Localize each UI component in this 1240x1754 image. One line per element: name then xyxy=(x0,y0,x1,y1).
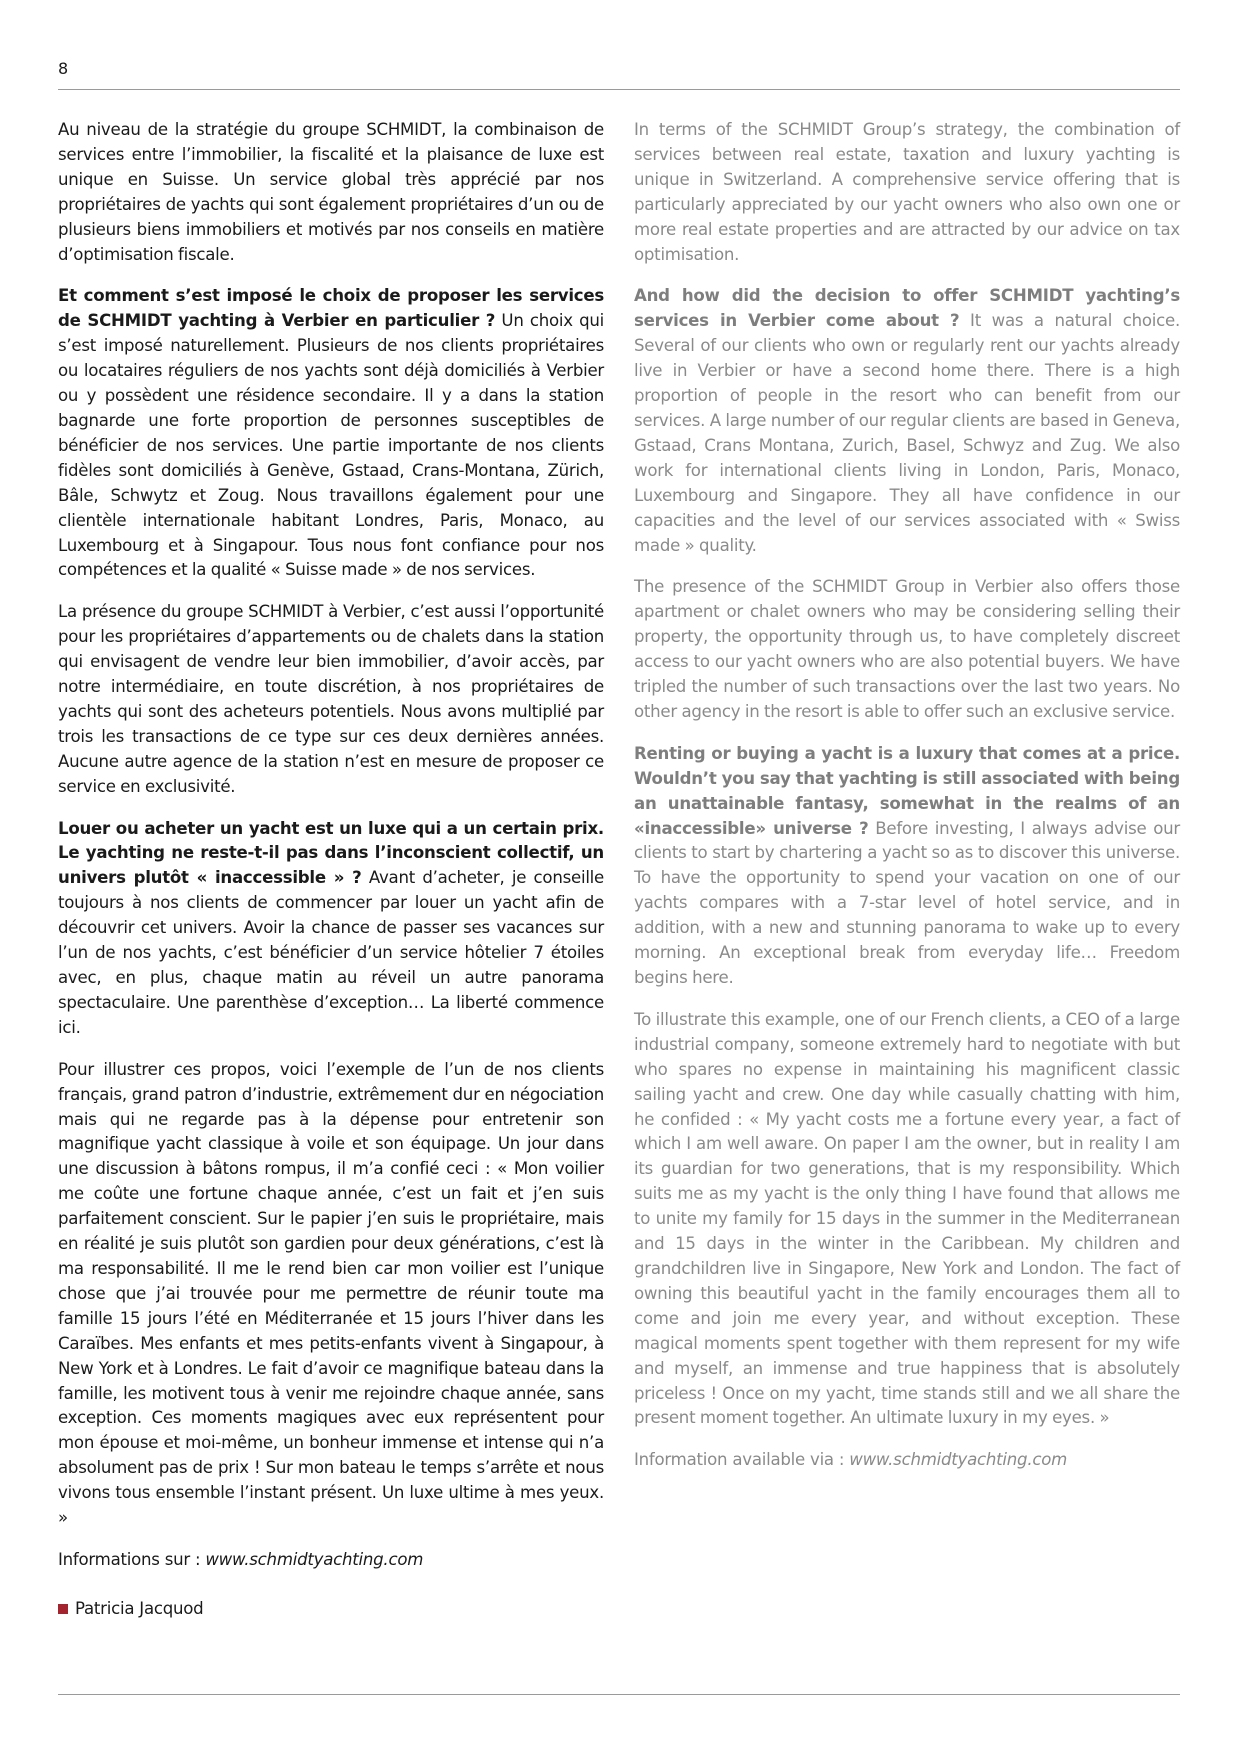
fr-paragraph-5-text: Pour illustrer ces propos, voici l’exemp… xyxy=(58,1060,604,1527)
fr-paragraph-3-text: La présence du groupe SCHMIDT à Verbier,… xyxy=(58,602,604,795)
en-paragraph-2: And how did the decision to offer SCHMID… xyxy=(634,284,1180,558)
fr-info-label: Informations sur : xyxy=(58,1550,205,1569)
page-number: 8 xyxy=(58,59,68,79)
fr-answer-1: Un choix qui s’est imposé naturellement.… xyxy=(58,311,604,579)
author-byline: Patricia Jacquod xyxy=(58,1597,604,1621)
en-paragraph-1-text: In terms of the SCHMIDT Group’s strategy… xyxy=(634,120,1180,264)
fr-paragraph-2: Et comment s’est imposé le choix de prop… xyxy=(58,284,604,583)
en-info-url[interactable]: www.schmidtyachting.com xyxy=(849,1450,1067,1469)
header-rule xyxy=(58,89,1180,90)
fr-info-url[interactable]: www.schmidtyachting.com xyxy=(205,1550,423,1569)
square-bullet-icon xyxy=(58,1604,68,1614)
english-column: In terms of the SCHMIDT Group’s strategy… xyxy=(634,118,1180,1490)
fr-info-line: Informations sur : www.schmidtyachting.c… xyxy=(58,1548,604,1573)
fr-answer-2: Avant d’acheter, je conseille toujours à… xyxy=(58,868,604,1036)
en-paragraph-1: In terms of the SCHMIDT Group’s strategy… xyxy=(634,118,1180,267)
en-answer-1: It was a natural choice. Several of our … xyxy=(634,311,1180,554)
en-paragraph-3: The presence of the SCHMIDT Group in Ver… xyxy=(634,575,1180,724)
footer-rule xyxy=(58,1694,1180,1695)
fr-paragraph-3: La présence du groupe SCHMIDT à Verbier,… xyxy=(58,600,604,799)
french-column: Au niveau de la stratégie du groupe SCHM… xyxy=(58,118,604,1621)
en-info-label: Information available via : xyxy=(634,1450,849,1469)
en-paragraph-3-text: The presence of the SCHMIDT Group in Ver… xyxy=(634,577,1180,721)
fr-paragraph-1-text: Au niveau de la stratégie du groupe SCHM… xyxy=(58,120,604,264)
author-name: Patricia Jacquod xyxy=(75,1597,203,1621)
fr-paragraph-5: Pour illustrer ces propos, voici l’exemp… xyxy=(58,1058,604,1531)
en-paragraph-5: To illustrate this example, one of our F… xyxy=(634,1008,1180,1431)
en-info-line: Information available via : www.schmidty… xyxy=(634,1448,1180,1473)
fr-paragraph-4: Louer ou acheter un yacht est un luxe qu… xyxy=(58,817,604,1041)
fr-paragraph-1: Au niveau de la stratégie du groupe SCHM… xyxy=(58,118,604,267)
en-paragraph-5-text: To illustrate this example, one of our F… xyxy=(634,1010,1180,1428)
en-answer-2: Before investing, I always advise our cl… xyxy=(634,819,1180,987)
en-paragraph-4: Renting or buying a yacht is a luxury th… xyxy=(634,742,1180,991)
